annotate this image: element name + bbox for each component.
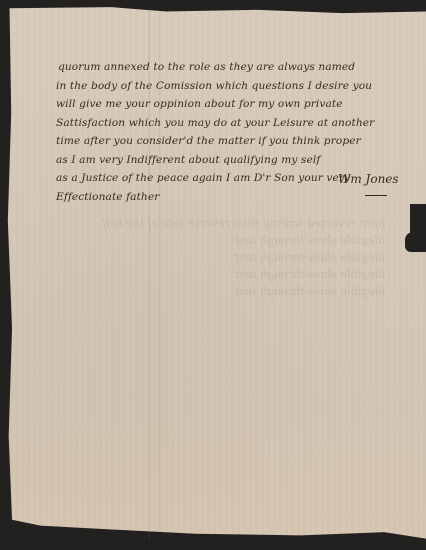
letter-line: Sattisfaction which you may do at your L… [56,114,396,133]
letter-line: will give me your oppinion about for my … [56,95,396,114]
bleed-line: illegible show-through text [55,266,385,283]
letter-line: in the body of the Comission which quest… [56,77,396,96]
bleed-line: faint reversed writing from reverse side… [55,215,385,232]
signature-underline [365,195,387,196]
signature: Wm Jones [338,172,399,186]
letter-closing: Effectionate father [56,188,396,207]
bleed-line: illegible show-through text [55,232,385,249]
bleed-line: illegible show-through text [55,249,385,266]
bleed-line: illegible show-through text [55,283,385,300]
bleed-through-text: faint reversed writing from reverse side… [55,215,385,300]
letter-line: as I am very Indifferent about qualifyin… [56,151,396,170]
letter-line: time after you consider'd the matter if … [56,132,396,151]
torn-seal-notch [405,232,426,252]
letter-line: quorum annexed to the role as they are a… [56,58,396,77]
